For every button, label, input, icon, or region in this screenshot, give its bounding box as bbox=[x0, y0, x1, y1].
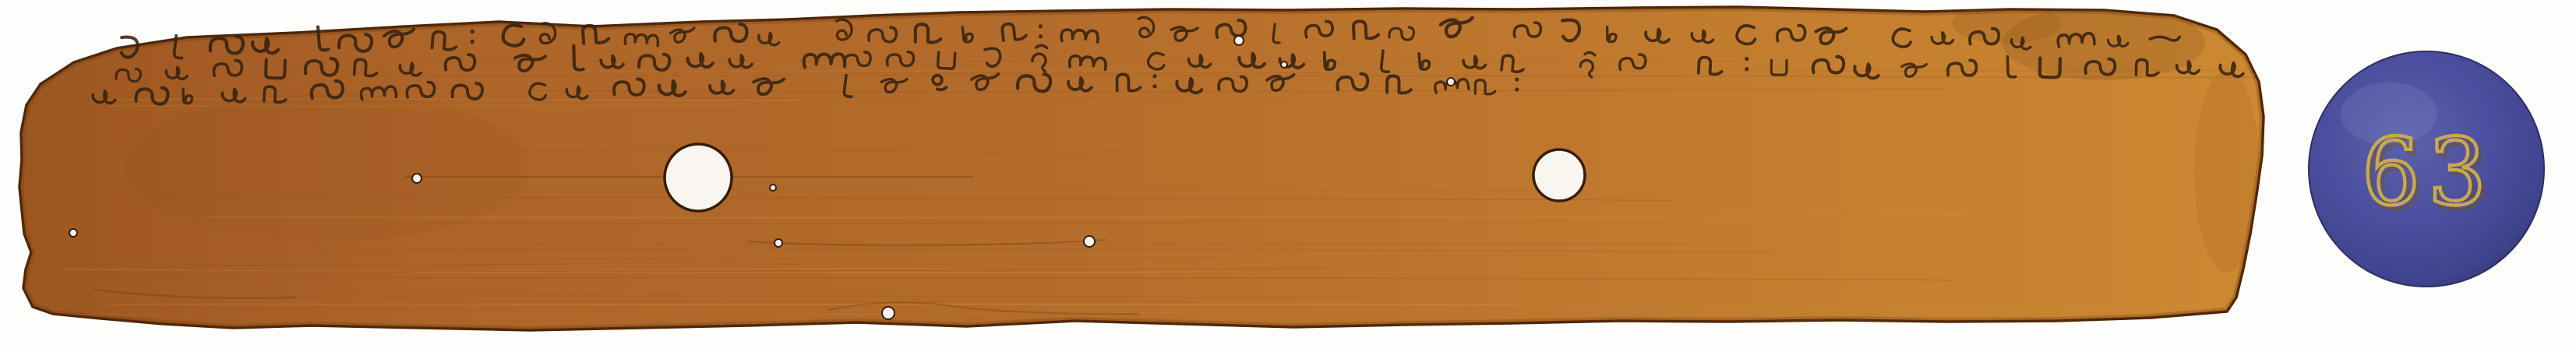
script-colon-dot bbox=[1039, 24, 1043, 28]
script-colon-dot bbox=[1745, 57, 1749, 61]
script-colon-dot bbox=[1515, 87, 1519, 91]
worm-hole bbox=[882, 307, 895, 319]
worm-hole bbox=[665, 144, 732, 211]
worm-hole bbox=[412, 174, 422, 183]
manuscript-scene: 63 63 bbox=[0, 0, 2576, 352]
script-colon-dot bbox=[471, 30, 475, 33]
folio-number: 63 bbox=[2362, 118, 2494, 226]
fiber-line bbox=[520, 244, 1689, 245]
script-colon-dot bbox=[471, 40, 475, 44]
fiber-line bbox=[106, 304, 1516, 305]
worm-hole bbox=[1084, 236, 1095, 247]
manuscript-leaf bbox=[19, 3, 2365, 330]
worm-hole bbox=[1234, 36, 1244, 45]
script-colon-dot bbox=[1745, 67, 1749, 71]
script-colon-dot bbox=[1515, 77, 1519, 81]
worm-hole bbox=[770, 185, 776, 191]
stain bbox=[125, 93, 530, 241]
worm-hole bbox=[69, 229, 77, 237]
script-colon-dot bbox=[1152, 84, 1156, 88]
worm-hole bbox=[1533, 150, 1585, 201]
script-colon-dot bbox=[1039, 34, 1043, 38]
worm-hole bbox=[1447, 78, 1455, 86]
folio-number-disc: 63 63 bbox=[2309, 51, 2544, 287]
script-colon-dot bbox=[1152, 74, 1156, 78]
scan-background: 63 63 bbox=[0, 0, 2576, 352]
worm-hole bbox=[775, 239, 782, 247]
worm-hole bbox=[1281, 62, 1287, 68]
